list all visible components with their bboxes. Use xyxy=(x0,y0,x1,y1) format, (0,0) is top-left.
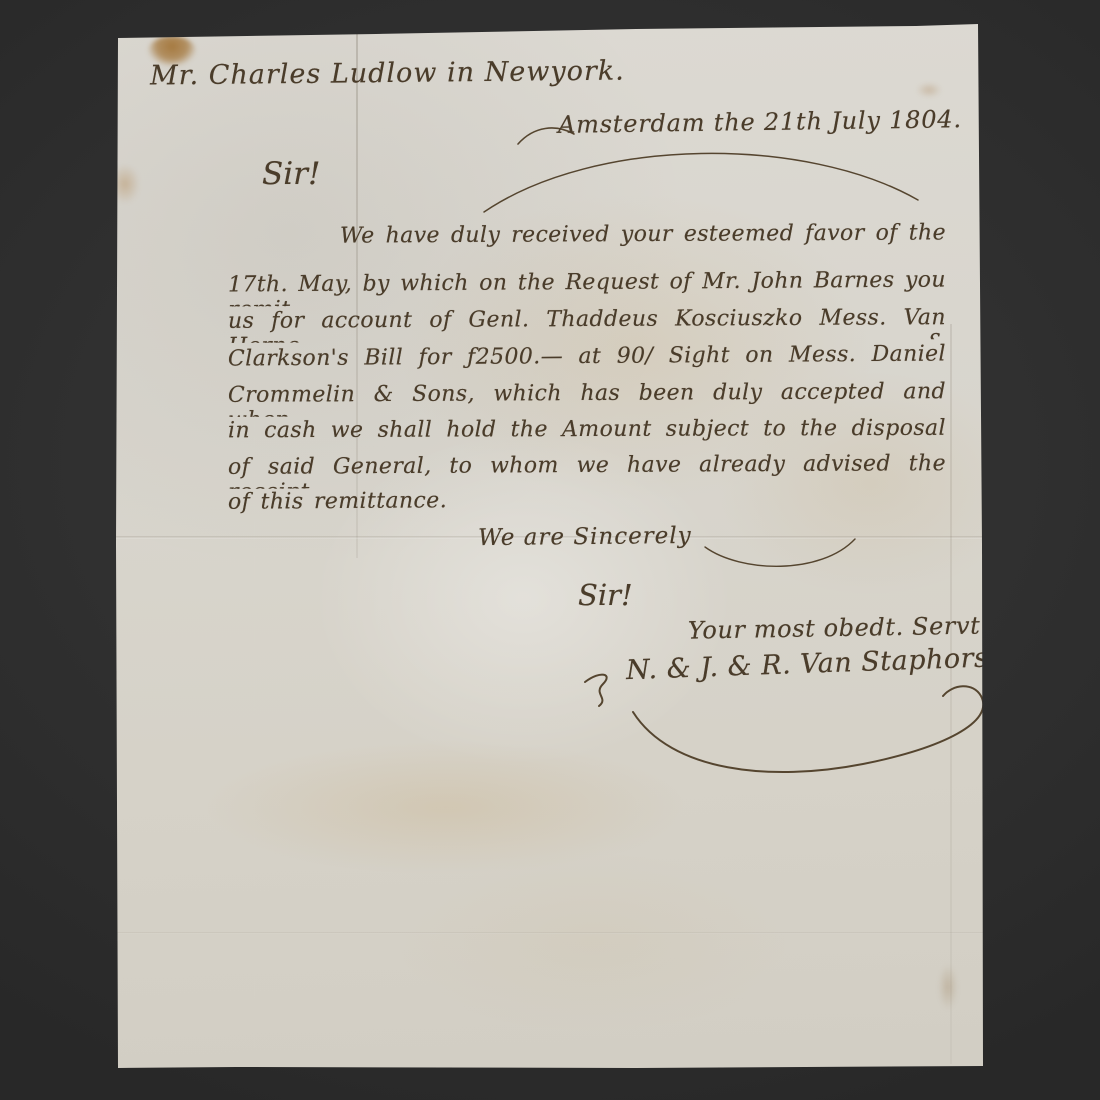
fold-crease-horizontal-lower xyxy=(116,932,983,934)
letter-paper: Mr. Charles Ludlow in Newyork. Amsterdam… xyxy=(116,24,983,1068)
body-line-7: of said General, to whom we have already… xyxy=(228,451,946,489)
address-line: Mr. Charles Ludlow in Newyork. xyxy=(150,56,625,92)
body-line-8: of this remittance. xyxy=(228,488,447,515)
body-line-5: Crommelin & Sons, which has been duly ac… xyxy=(228,379,946,417)
photo-background: Mr. Charles Ludlow in Newyork. Amsterdam… xyxy=(0,0,1100,1100)
closing-salutation: Sir! xyxy=(578,578,633,612)
valediction: Your most obedt. Servt. xyxy=(688,611,989,644)
we-lead-flourish xyxy=(476,142,926,222)
body-line-3: us for account of Genl. Thaddeus Koscius… xyxy=(228,305,946,343)
stain-right-top xyxy=(916,82,942,98)
body-line-6: in cash we shall hold the Amount subject… xyxy=(228,416,946,453)
body-line-4: Clarkson's Bill for ƒ2500.— at 90/ Sight… xyxy=(228,341,946,380)
sincerely-tail-flourish xyxy=(701,529,861,579)
salutation: Sir! xyxy=(262,156,320,192)
dateline: Amsterdam the 21th July 1804. xyxy=(558,105,962,139)
closing-phrase: We are Sincerely xyxy=(478,523,692,551)
stain-right-edge xyxy=(938,964,958,1010)
body-line-2: 17th. May, by which on the Request of Mr… xyxy=(228,267,946,306)
body-line-1: We have duly received your esteemed favo… xyxy=(340,220,946,257)
stain-left-edge xyxy=(110,164,140,204)
